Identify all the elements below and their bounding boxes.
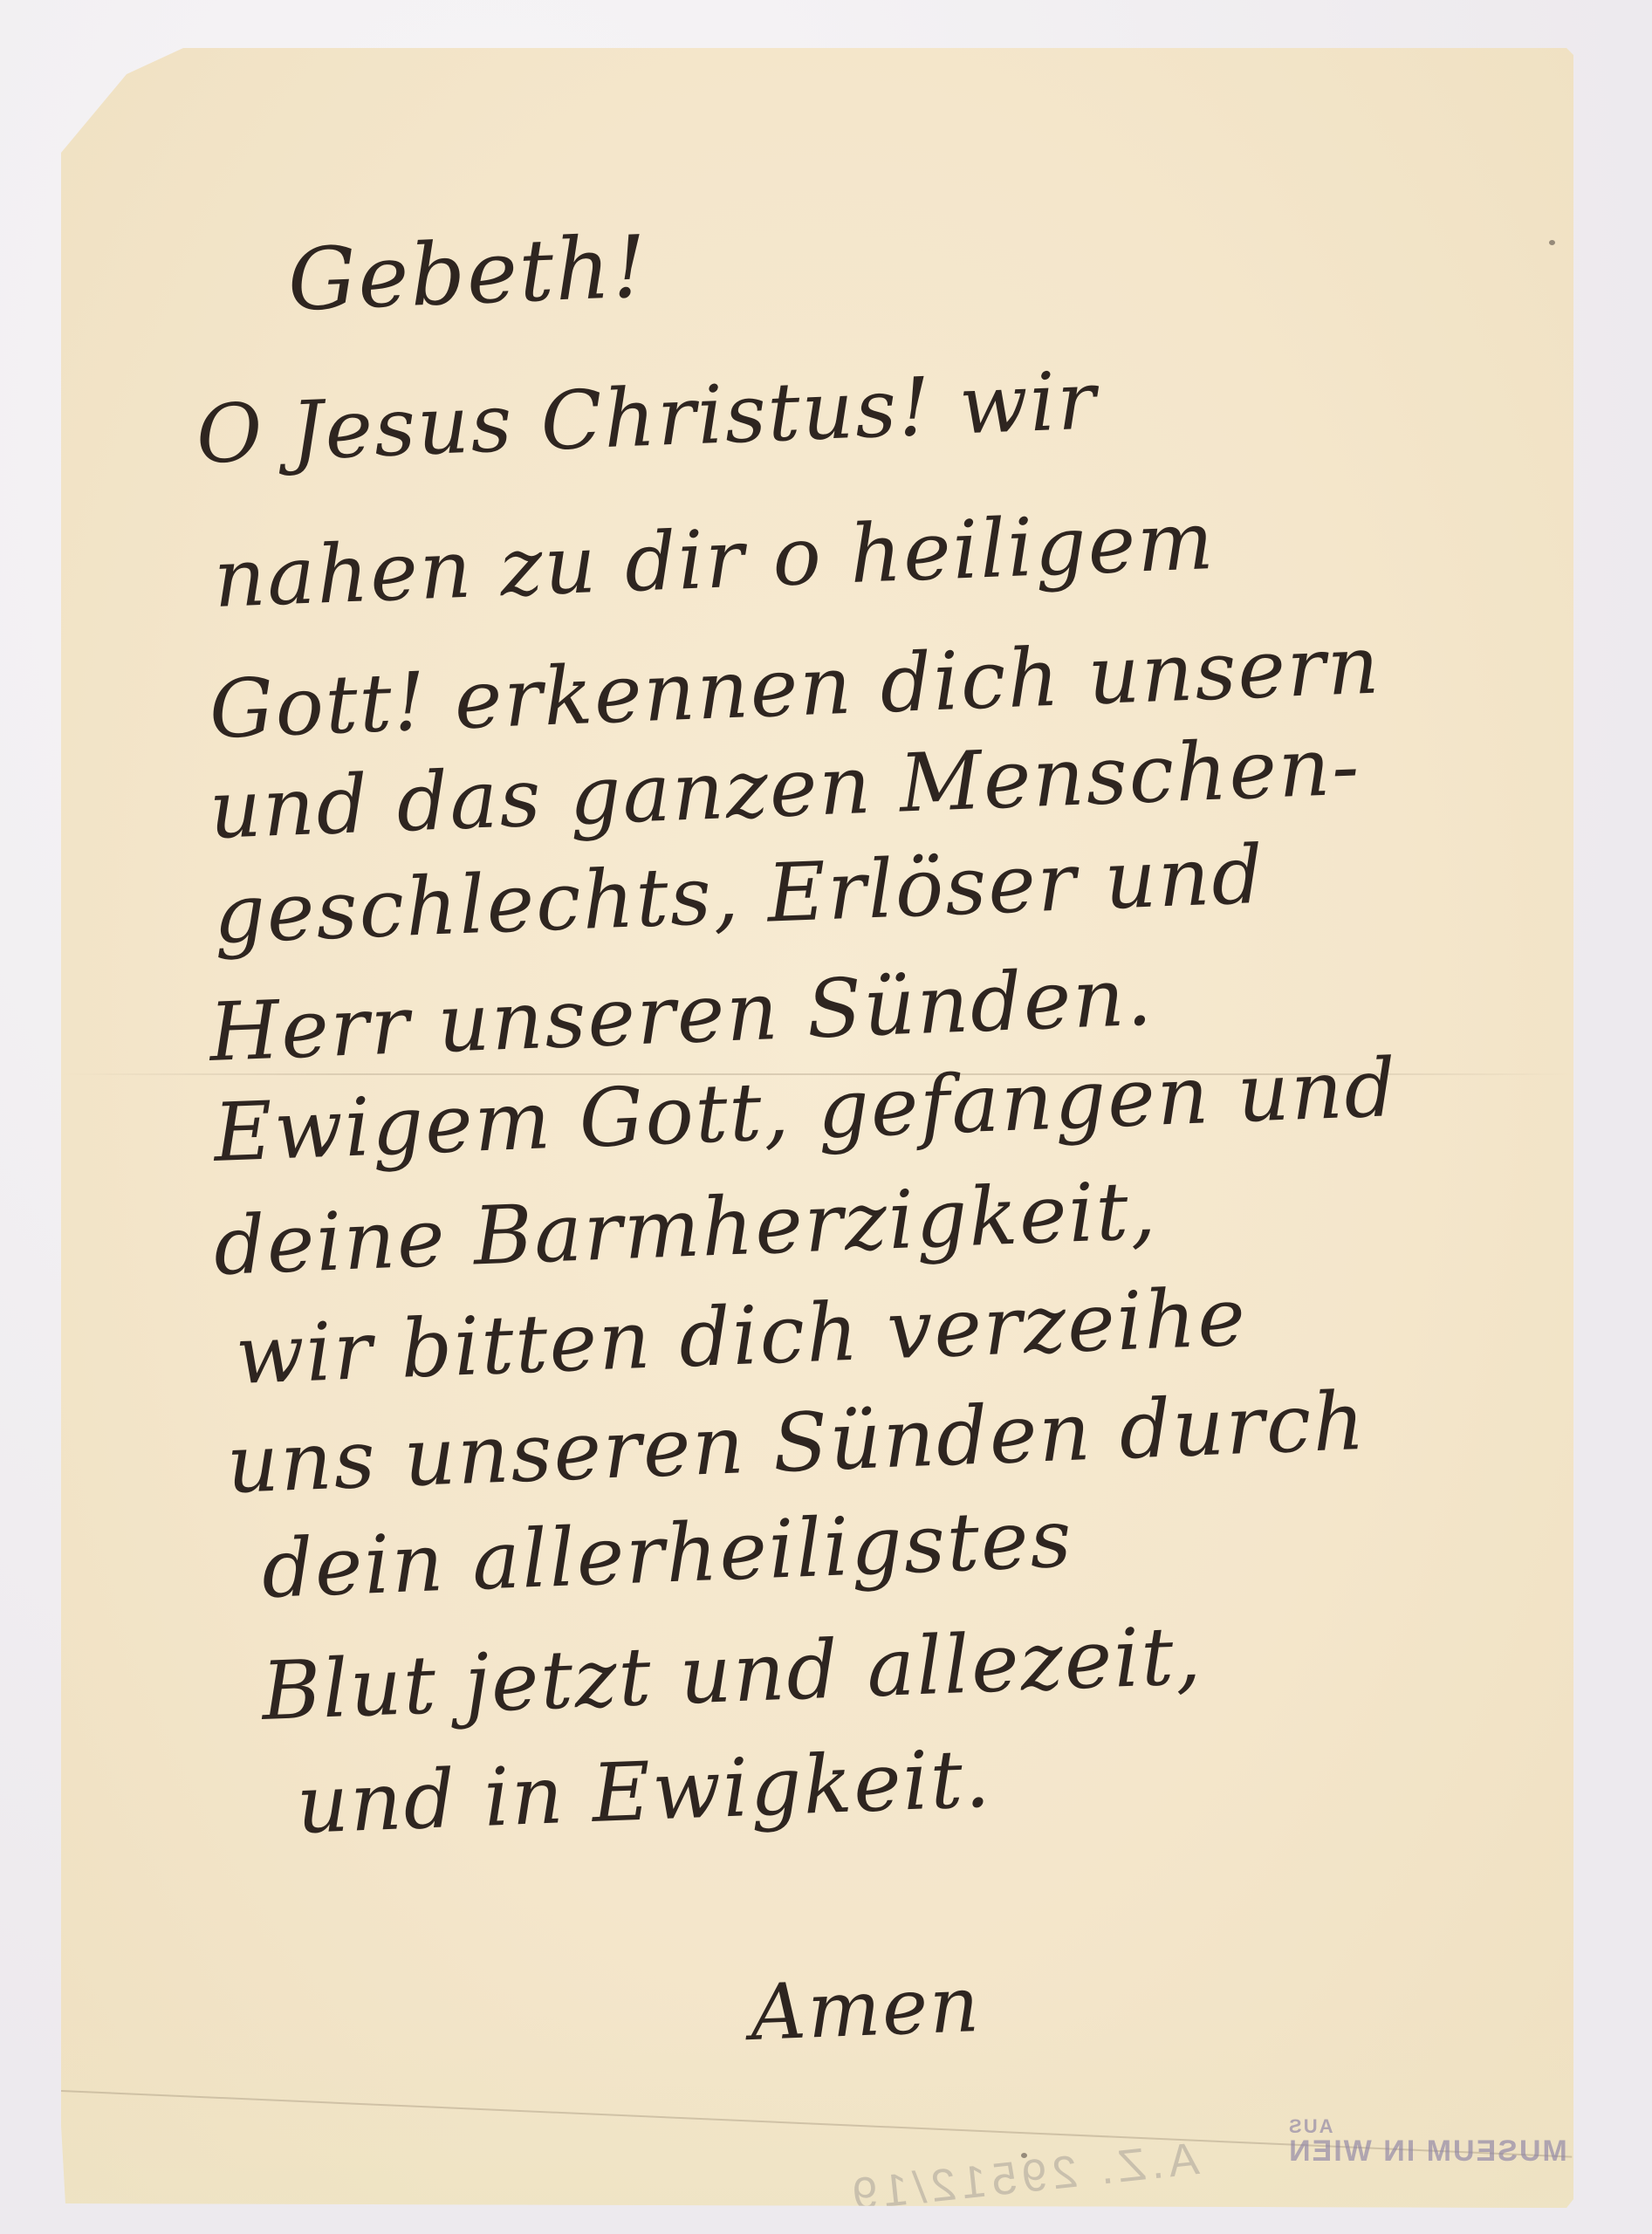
closing-signature: Amen bbox=[749, 1959, 983, 2058]
letter-paper: Gebeth! O Jesus Christus! wir nahen zu d… bbox=[61, 48, 1573, 2208]
stamp-main-text: MUSEUM IN WIEN bbox=[1287, 2135, 1567, 2168]
text-line: Blut jetzt und allezeit, bbox=[260, 1609, 1204, 1738]
text-line: wir bitten dich verzeihe bbox=[234, 1271, 1249, 1402]
handwritten-text: Gebeth! O Jesus Christus! wir nahen zu d… bbox=[61, 48, 1573, 2208]
text-line: dein allerheiligstes bbox=[260, 1491, 1075, 1616]
stamp-small-text: AUS bbox=[1287, 2116, 1567, 2136]
prayer-heading: Gebeth! bbox=[286, 217, 650, 331]
text-line: deine Barmherzigkeit, bbox=[212, 1164, 1159, 1293]
text-line: O Jesus Christus! wir bbox=[195, 353, 1099, 482]
text-line: und in Ewigkeit. bbox=[295, 1731, 993, 1852]
museum-stamp: AUS MUSEUM IN WIEN bbox=[1287, 2116, 1567, 2168]
text-line: nahen zu dir o heiligem bbox=[212, 494, 1217, 626]
